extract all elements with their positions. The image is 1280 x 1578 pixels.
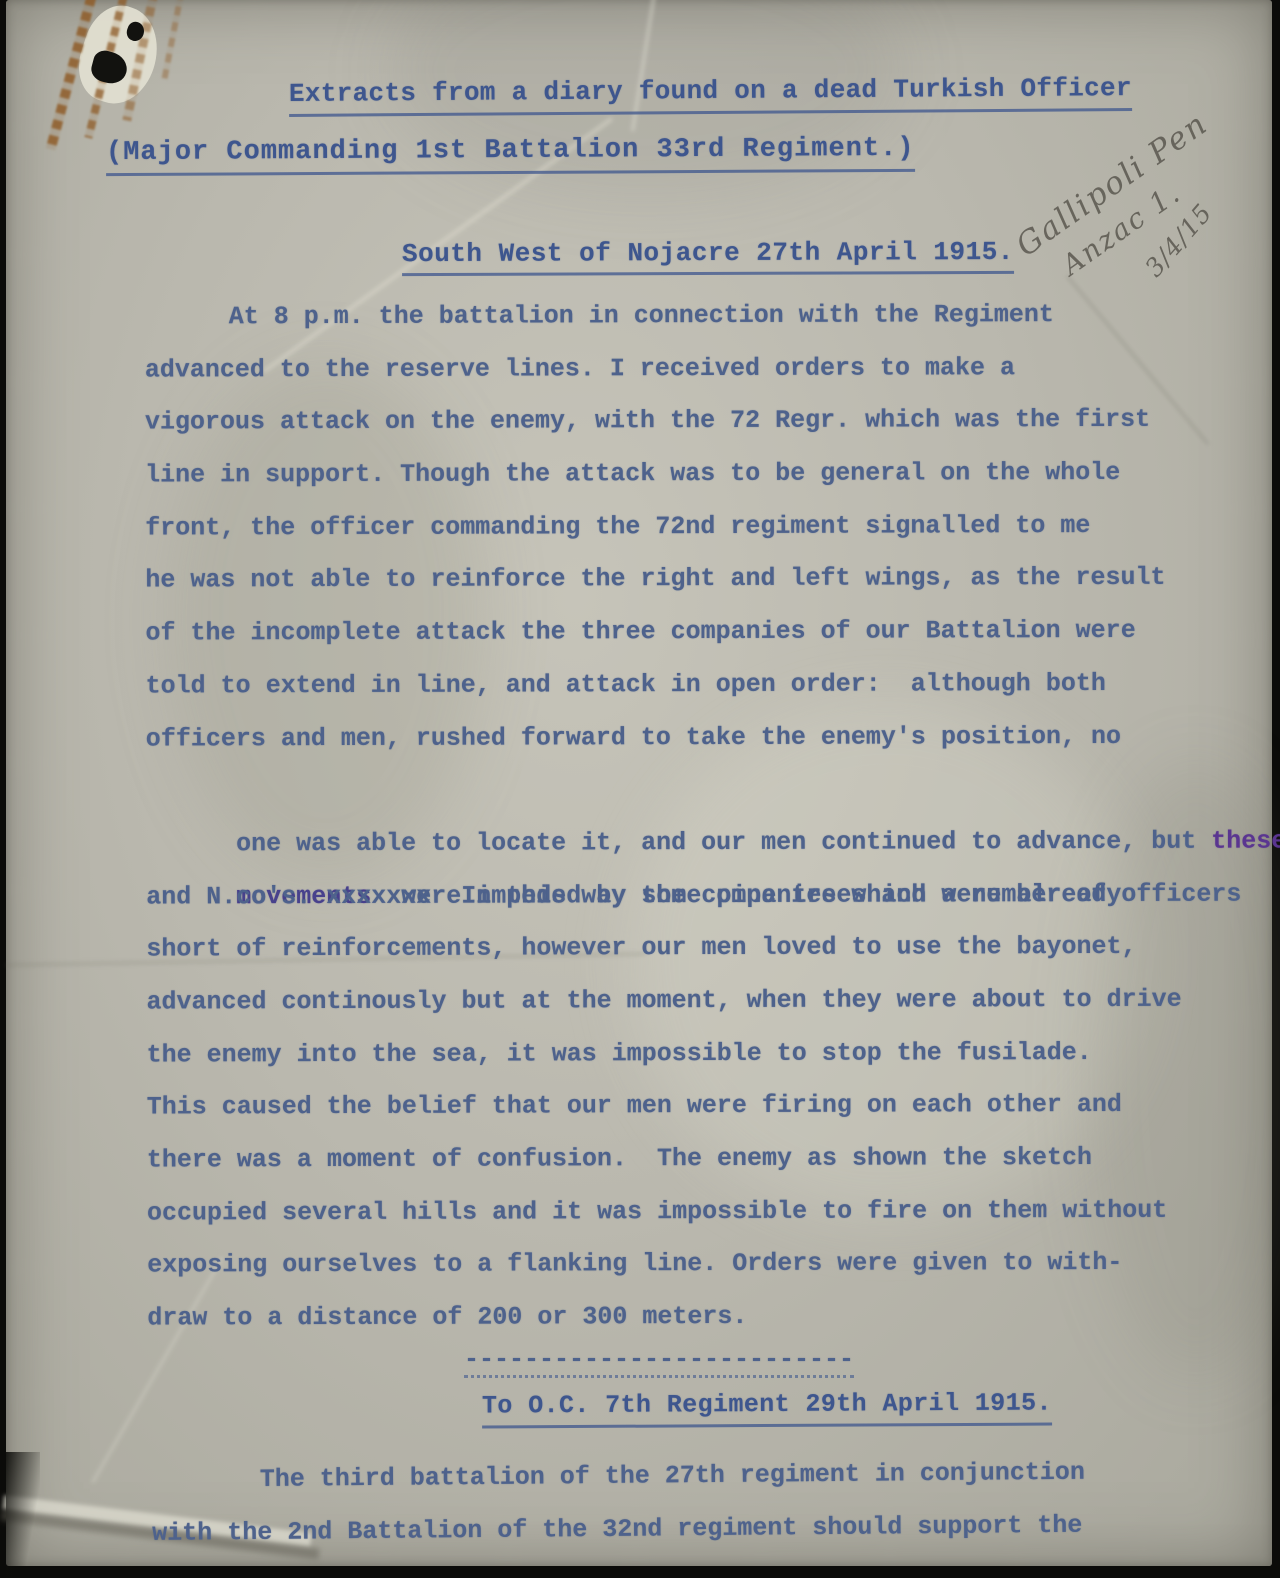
typed-line: This caused the belief that our men were…: [147, 1079, 1277, 1135]
typed-line: with the 2nd Battalion of the 32nd regim…: [152, 1498, 1272, 1560]
typed-line: and N.co's. xxxxxxx In this way the comp…: [146, 868, 1276, 924]
typed-line: vigorous attack on the enemy, with the 7…: [145, 394, 1275, 450]
section1-body: At 8 p.m. the battalion in connection wi…: [145, 289, 1278, 1346]
typed-line: there was a moment of confusion. The ene…: [147, 1132, 1277, 1188]
typed-line: told to extend in line, and attack in op…: [146, 657, 1276, 713]
section1-heading: South West of Nojacre 27th April 1915.: [402, 237, 1014, 276]
corner-shadow: [6, 1452, 40, 1578]
document-title-line2: (Major Commanding 1st Battalion 33rd Reg…: [106, 134, 915, 176]
typed-line: occupied several hills and it was imposs…: [147, 1184, 1277, 1240]
typed-line: draw to a distance of 200 or 300 meters.: [147, 1290, 1277, 1346]
section2-heading: To O.C. 7th Regiment 29th April 1915.: [482, 1389, 1052, 1429]
paper-sheet: Extracts from a diary found on a dead Tu…: [6, 0, 1272, 1566]
typed-line: one was able to locate it, and our men c…: [146, 763, 1276, 819]
typed-line: he was not able to reinforce the right a…: [145, 552, 1275, 608]
typed-line: advanced continously but at the moment, …: [146, 973, 1276, 1029]
typed-text: one was able to locate it, and our men c…: [236, 827, 1211, 859]
typed-line: the enemy into the sea, it was impossibl…: [147, 1026, 1277, 1082]
rust-stain: [161, 0, 184, 80]
typed-line: officers and men, rushed forward to take…: [146, 710, 1276, 766]
typed-line: line in support. Though the attack was t…: [145, 447, 1275, 503]
typed-line: advanced to the reserve lines. I receive…: [145, 341, 1275, 397]
typed-line: short of reinforcements, however our men…: [146, 921, 1276, 977]
typed-line: exposing ourselves to a flanking line. O…: [147, 1237, 1277, 1293]
section2-body: The third battalion of the 27th regiment…: [152, 1445, 1273, 1560]
document-title-line1: Extracts from a diary found on a dead Tu…: [289, 73, 1132, 117]
typed-separator: --------------------------: [464, 1345, 854, 1378]
typed-line: front, the officer commanding the 72nd r…: [145, 499, 1275, 555]
scanned-document-page: { "document": { "title": { "line1": "Ext…: [0, 0, 1280, 1578]
typed-line: At 8 p.m. the battalion in connection wi…: [145, 289, 1275, 345]
typed-line: The third battalion of the 27th regiment…: [152, 1445, 1272, 1507]
typed-line: of the incomplete attack the three compa…: [145, 605, 1275, 661]
purple-ink-word: these: [1211, 826, 1280, 855]
